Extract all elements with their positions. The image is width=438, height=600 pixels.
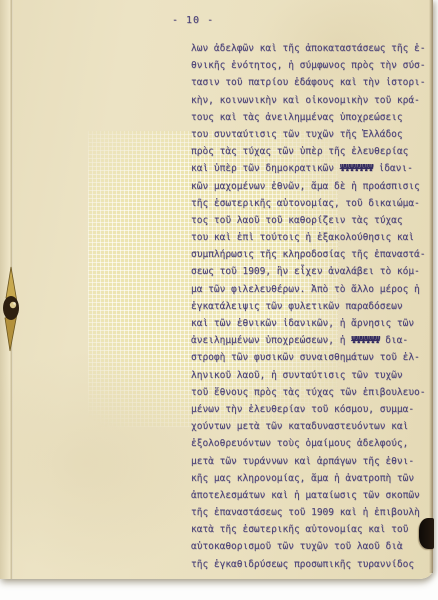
text-line: κατὰ τῆς ἐσωτερικῆς αὐτονομίας καὶ τοῦ — [191, 524, 433, 541]
text-line: χούντων μετὰ τῶν καταδυναστευόντων καὶ — [191, 421, 433, 438]
text-line: τῆς ἐπαναστάσεως τοῦ 1909 καὶ ἡ ἐπιβουλὴ — [191, 507, 433, 524]
text-line: κῶν μαχομένων ἐθνῶν, ἅμα δὲ ἡ προάσπισις — [191, 181, 433, 198]
text-line: μένων τὴν ἐλευθερίαν τοῦ κόσμου, συμμα- — [191, 404, 433, 421]
text-line: λων ἀδελφῶν καὶ τῆς ἀποκαταστάσεως τῆς ἐ… — [191, 43, 433, 60]
page-left-edge — [0, 0, 10, 579]
text-line: τῆς ἐσωτερικῆς αὐτονομίας, τοῦ δικαιώμα- — [191, 198, 433, 215]
text-line: ἀποτελεσμάτων καὶ ἡ ματαίωσις τῶν σκοπῶν — [191, 490, 433, 507]
binder-tab — [419, 518, 434, 549]
text-line: ἐγκατάλειψις τῶν φυλετικῶν παραδόσεων — [191, 301, 433, 318]
text-segment: ἰδανι- — [373, 163, 413, 174]
text-line: ληνικοῦ λαοῦ, ἡ συνταύτισις τῶν τυχῶν — [191, 370, 433, 387]
overtyped-deletion: ΨΨΨΨΨΨΨ — [340, 163, 373, 174]
text-line: τους καὶ τὰς ἀνειλημμένας ὑποχρεώσεις — [191, 112, 433, 129]
text-line: τασιν τοῦ πατρίου ἐδάφους καὶ τὴν ἱστορι… — [191, 77, 433, 94]
text-line: του συνταύτισις τῶν τυχῶν τῆς Ἑλλάδος — [191, 129, 433, 146]
overtyped-deletion: ΨΨΨΨΨΨ — [351, 335, 379, 346]
text-line: μα τῶν φιλελευθέρων. Ἀπὸ τὸ ἄλλο μέρος ἡ — [191, 284, 433, 301]
document-page: - 10 - λων ἀδελφῶν καὶ τῆς ἀποκαταστάσεω… — [0, 0, 433, 579]
text-line: σεως τοῦ 1909, ἣν εἶχεν ἀναλάβει τὸ κόμ- — [191, 266, 433, 283]
text-line: καὶ τῶν ἐθνικῶν ἰδανικῶν, ἡ ἄρνησις τῶν — [191, 318, 433, 335]
text-line: συμπλήρωσις τῆς κληροδοσίας τῆς ἐπαναστά… — [191, 249, 433, 266]
text-line: καὶ ὑπὲρ τῶν δημοκρατικῶν ΨΨΨΨΨΨΨ ἰδανι- — [191, 163, 433, 180]
typewritten-text: λων ἀδελφῶν καὶ τῆς ἀποκαταστάσεως τῆς ἐ… — [191, 43, 433, 576]
scanned-document-photo: - 10 - λων ἀδελφῶν καὶ τῆς ἀποκαταστάσεω… — [0, 0, 438, 600]
text-line: πρὸς τὰς τύχας τῶν ὑπὲρ τῆς ἐλευθερίας — [191, 146, 433, 163]
text-line: αὐτοκαθορισμοῦ τῶν τυχῶν τοῦ λαοῦ διὰ — [191, 541, 433, 558]
text-line: του καὶ ἐπὶ τούτοις ἡ ἐξακολούθησις καὶ — [191, 232, 433, 249]
page-number: - 10 - — [172, 15, 214, 26]
text-line: τος τοῦ λαοῦ τοῦ καθορίζειν τὰς τύχας — [191, 215, 433, 232]
text-segment: καὶ ὑπὲρ τῶν δημοκρατικῶν — [191, 163, 340, 174]
text-segment: δια- — [379, 335, 408, 346]
text-line: μετὰ τῶν τυράννων καὶ ἁρπάγων τῆς ἐθνι- — [191, 456, 433, 473]
text-line: ἐξολοθρευόντων τοὺς ὁμαίμους ἀδελφούς, — [191, 438, 433, 455]
text-line: τοῦ ἔθνους πρὸς τὰς τύχας τῶν ἐπιβουλευο… — [191, 387, 433, 404]
text-segment: ἀνειλημμένων ὑποχρεώσεων, ἡ — [191, 335, 351, 346]
text-line: κῆς μας κληρονομίας, ἅμα ἡ ἀνατροπὴ τῶν — [191, 473, 433, 490]
text-line: ἀνειλημμένων ὑποχρεώσεων, ἡ ΨΨΨΨΨΨ δια- — [191, 335, 433, 352]
text-line: τῆς ἐγκαθιδρύσεως προσωπικῆς τυραννίδος — [191, 559, 433, 576]
text-line: στροφὴ τῶν φυσικῶν συναισθημάτων τοῦ ἑλ- — [191, 352, 433, 369]
text-line: κὴν, κοινωνικὴν καὶ οἰκονομικὴν τοῦ κρά- — [191, 95, 433, 112]
page-fold-crease — [10, 0, 13, 579]
text-line: θνικῆς ἑνότητος, ἡ σύμφωνος πρὸς τὴν σύσ… — [191, 60, 433, 77]
